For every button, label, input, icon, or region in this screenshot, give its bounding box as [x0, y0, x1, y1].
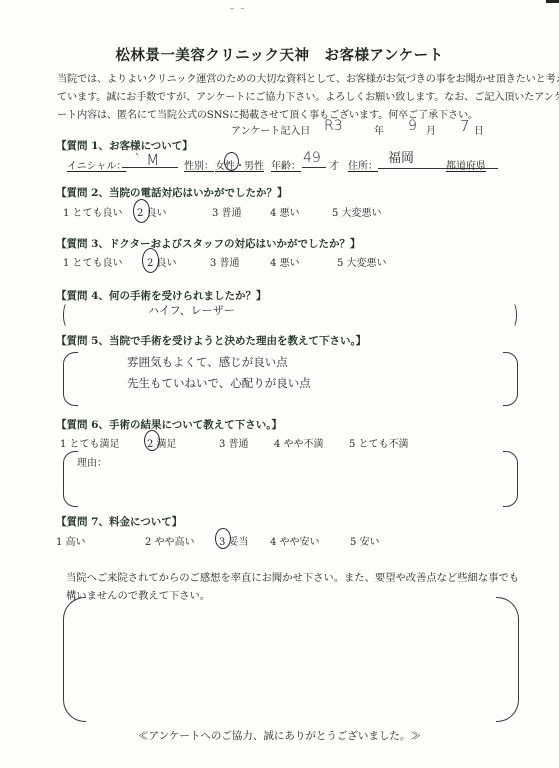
- intro-line-1: 当院では、よりよいクリニック運営のための大切な資料として、お客様がお気づきの事を…: [57, 70, 559, 85]
- age-field[interactable]: 49: [303, 150, 321, 166]
- q6-option-4[interactable]: 4 やや不満: [274, 435, 324, 450]
- comments-prompt-line-2: 構いませんので教えて下さい。: [66, 587, 210, 602]
- q6-bracket-left: [63, 451, 78, 507]
- comments-field[interactable]: [90, 605, 490, 713]
- q5-bracket-right: [503, 352, 518, 406]
- age-unit: 才: [329, 157, 339, 172]
- q4-answer-field[interactable]: ハイフ、レーザー: [148, 302, 235, 318]
- gender-option-male[interactable]: 男性: [244, 157, 264, 172]
- q5-answer-line-2: 先生もていねいで、心配りが良い点: [127, 375, 311, 391]
- age-underline: [302, 167, 326, 168]
- date-era-year[interactable]: R3: [324, 118, 343, 134]
- q3-option-5[interactable]: 5 大変悪い: [337, 254, 387, 269]
- q4-bracket-left: [63, 302, 72, 328]
- selected-circle-q6: [144, 430, 160, 451]
- q3-option-3[interactable]: 3 普通: [210, 254, 240, 269]
- scan-corner-mark: [546, 0, 559, 3]
- q5-answer-line-1: 雰囲気もよくて、感じが良い点: [127, 354, 288, 370]
- date-month-unit: 月: [426, 122, 436, 137]
- intro-line-2: ています。誠にお手数ですが、アンケートにご協力下さい。よろしくお願い致します。な…: [57, 88, 559, 103]
- q6-bracket-right: [503, 451, 518, 507]
- document-title: 松林景一美容クリニック天神 お客様アンケート: [0, 44, 559, 65]
- q7-heading: 【質問 7、料金について】: [56, 514, 182, 529]
- date-day-unit: 日: [474, 122, 484, 137]
- selected-circle-q7: [215, 528, 231, 549]
- q3-option-1[interactable]: 1 とても良い: [63, 254, 123, 269]
- q2-option-5[interactable]: 5 大変悪い: [332, 204, 382, 219]
- q5-heading: 【質問 5、当院で手術を受けようと決めた理由を教えて下さい。】: [56, 333, 366, 348]
- q6-reason-field[interactable]: [110, 454, 490, 500]
- gender-label: 性別：: [184, 157, 214, 172]
- address-field[interactable]: 福岡: [388, 147, 414, 166]
- selected-circle-q3: [142, 248, 159, 273]
- selected-circle-gender: [224, 152, 239, 171]
- address-unit: 都道府県: [446, 157, 486, 172]
- date-year-unit: 年: [374, 122, 384, 137]
- initial-label: イニシャル：: [67, 157, 126, 172]
- q7-option-1[interactable]: 1 高い: [56, 533, 86, 548]
- q2-option-4[interactable]: 4 悪い: [270, 204, 300, 219]
- q6-heading: 【質問 6、手術の結果について教えて下さい。】: [56, 417, 282, 432]
- comments-bracket-right: [496, 597, 519, 722]
- q3-heading: 【質問 3、ドクターおよびスタッフの対応はいかがでしたか？】: [56, 236, 361, 251]
- age-label: 年齢：: [271, 157, 301, 172]
- q2-option-3[interactable]: 3 普通: [212, 204, 242, 219]
- q6-option-1[interactable]: 1 とても満足: [60, 435, 120, 450]
- q7-option-2[interactable]: 2 やや高い: [145, 533, 195, 548]
- address-label: 住所：: [348, 157, 378, 172]
- q4-bracket-right: [508, 302, 517, 328]
- q7-option-5[interactable]: 5 安い: [350, 533, 380, 548]
- q6-option-5[interactable]: 5 とても不満: [349, 435, 409, 450]
- q5-bracket-left: [63, 352, 78, 406]
- date-label: アンケート記入日: [231, 122, 310, 137]
- date-month[interactable]: 9: [408, 118, 417, 134]
- date-day[interactable]: 7: [460, 117, 470, 135]
- q6-reason-label: 理由：: [77, 454, 107, 469]
- q3-option-4[interactable]: 4 悪い: [270, 254, 300, 269]
- comments-bracket-left: [63, 597, 86, 722]
- q1-heading: 【質問 1、お客様について】: [56, 138, 193, 153]
- q2-heading: 【質問 2、当院の電話対応はいかがでしたか？】: [56, 185, 287, 200]
- q6-option-3[interactable]: 3 普通: [219, 435, 249, 450]
- footer-thanks: ≪アンケートへのご協力、誠にありがとうございました。≫: [0, 728, 559, 743]
- q7-option-4[interactable]: 4 やや安い: [270, 533, 320, 548]
- initial-field[interactable]: ` M: [134, 151, 159, 169]
- comments-prompt-line-1: 当院へご来院されてからのご感想を率直にお聞かせ下さい。また、要望や改善点など些細…: [66, 569, 519, 584]
- q4-heading: 【質問 4、何の手術を受けられましたか？】: [56, 288, 266, 303]
- q2-option-1[interactable]: 1 とても良い: [63, 204, 123, 219]
- scan-mark: – –: [230, 4, 247, 13]
- selected-circle-q2: [133, 199, 150, 223]
